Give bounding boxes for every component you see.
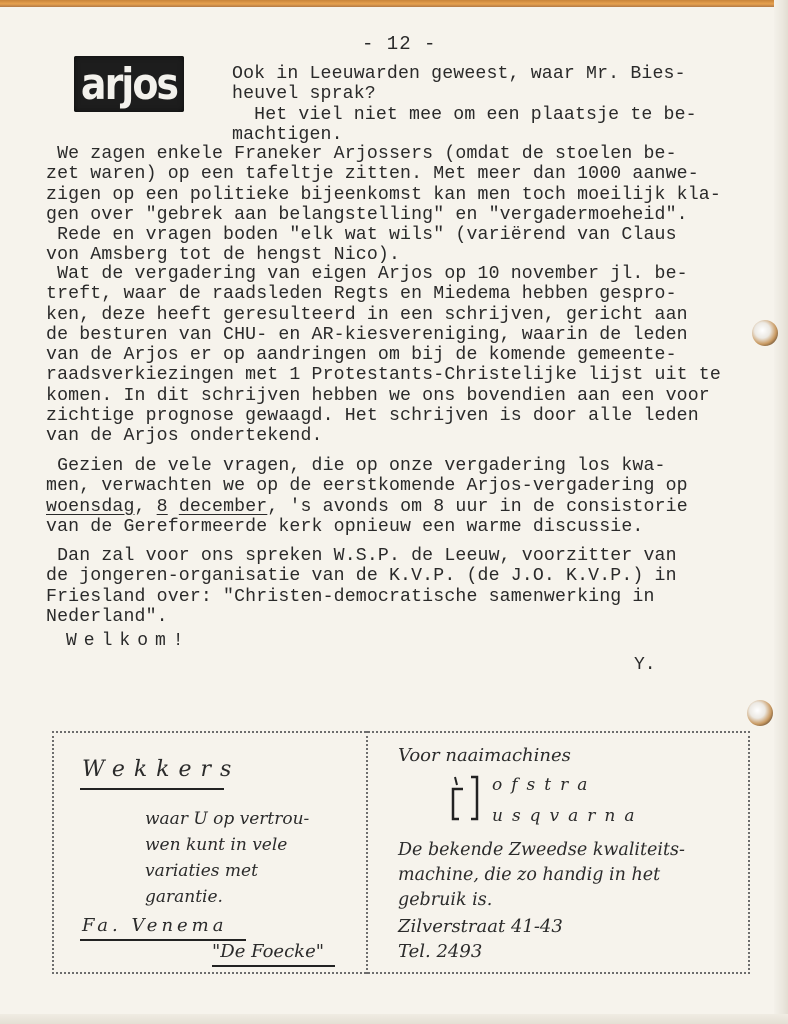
page-number: - 12 - [362, 33, 436, 55]
p4-line-3-rest: , 's avonds om 8 uur in de consistorie [267, 497, 687, 517]
ad-phone: Tel. 2493 [398, 941, 482, 962]
meeting-day: woensdag [46, 497, 135, 517]
meeting-date-month: december [179, 497, 268, 517]
brand-h-monogram-icon [451, 775, 483, 823]
ad-address: Zilverstraat 41-43 [398, 916, 563, 937]
p4-comma: , [135, 497, 157, 517]
punch-hole [747, 700, 773, 726]
ad-address-block: Zilverstraat 41-43 Tel. 2493 [398, 914, 563, 964]
page-right-edge [774, 0, 788, 1024]
article-paragraph-5: Dan zal voor ons spreken W.S.P. de Leeuw… [46, 546, 677, 627]
p4-line-1: Gezien de vele vragen, die op onze verga… [46, 456, 666, 476]
meeting-date-number: 8 [157, 497, 168, 517]
article-paragraph-3: Wat de vergadering van eigen Arjos op 10… [46, 264, 721, 447]
ad-shop-name: "De Foecke" [212, 941, 324, 962]
punch-hole [752, 320, 778, 346]
p4-line-2: men, verwachten we op de eerstkomende Ar… [46, 476, 688, 496]
ad-sewing-intro: Voor naaimachines [398, 745, 571, 766]
brand-line-hofstra: ofstra [492, 775, 596, 795]
logo-text: arjos [81, 59, 177, 110]
article-paragraph-4: Gezien de vele vragen, die op onze verga… [46, 456, 688, 537]
closing-greeting: Welkom! [66, 631, 191, 651]
brand-line-husqvarna: usqvarna [492, 806, 644, 826]
shop-underline [212, 965, 335, 967]
arjos-logo: arjos [74, 56, 184, 112]
page-bottom-edge [0, 1014, 788, 1024]
ad-firm-name: Fa. Venema [82, 915, 228, 936]
ad-wekkers-title: Wekkers [82, 757, 240, 782]
page-top-edge [0, 0, 788, 7]
title-underline [80, 788, 224, 790]
ad-wekkers-body: waar U op vertrou- wen kunt in vele vari… [145, 806, 309, 910]
article-paragraph-1: Ook in Leeuwarden geweest, waar Mr. Bies… [232, 64, 697, 145]
advertisement-divider [366, 731, 368, 974]
article-paragraph-2: We zagen enkele Franeker Arjossers (omda… [46, 144, 721, 266]
p4-line-4: van de Gereformeerde kerk opnieuw een wa… [46, 517, 643, 537]
author-signature: Y. [634, 655, 656, 675]
ad-sewing-body: De bekende Zweedse kwaliteits- machine, … [398, 838, 685, 913]
